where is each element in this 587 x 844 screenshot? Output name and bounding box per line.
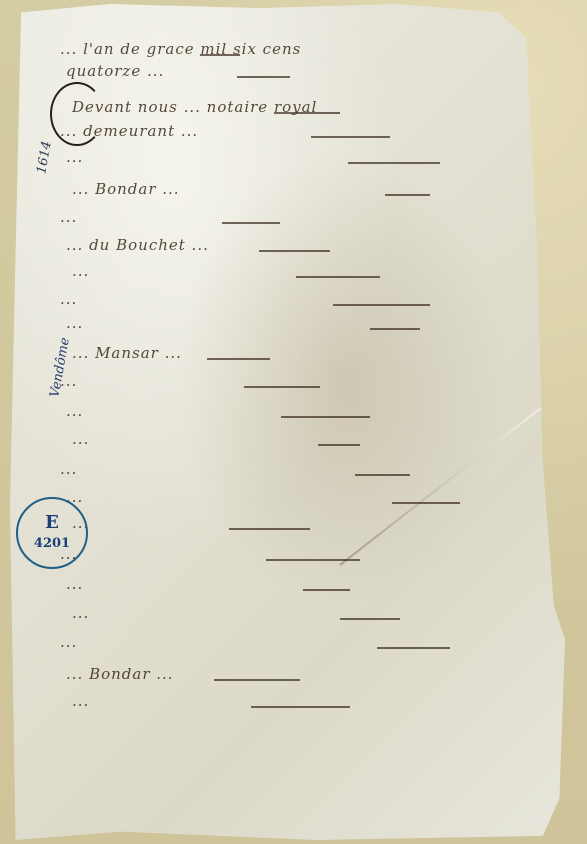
manuscript-line: ... — [66, 488, 537, 510]
ink-stroke — [207, 358, 270, 360]
manuscript-line: ... du Bouchet ... — [66, 236, 537, 258]
ink-stroke — [259, 250, 330, 252]
stamp-number: 4201 — [34, 536, 70, 552]
manuscript-line: ... — [60, 633, 537, 655]
ink-stroke — [333, 304, 430, 306]
ink-stroke — [340, 618, 400, 620]
manuscript-line: ... Bondar ... — [66, 665, 537, 687]
ink-stroke — [348, 162, 440, 164]
manuscript-line: ... Mansar ... — [72, 344, 537, 366]
ink-stroke — [222, 222, 280, 224]
manuscript-line: ... — [60, 460, 537, 482]
ink-stroke — [214, 679, 300, 681]
ink-stroke — [200, 54, 240, 56]
ink-stroke — [355, 474, 410, 476]
manuscript-line: quatorze ... — [66, 62, 537, 84]
ink-stroke — [281, 416, 370, 418]
ink-stroke — [274, 112, 340, 114]
ink-stroke — [377, 647, 450, 649]
manuscript-line: ... — [66, 314, 537, 336]
stamp-letter: E — [45, 514, 59, 532]
manuscript-line: ... — [66, 402, 537, 424]
manuscript-line: ... Bondar ... — [72, 180, 537, 202]
ink-stroke — [370, 328, 420, 330]
manuscript-line: ... — [60, 290, 537, 312]
ink-stroke — [251, 706, 350, 708]
ink-stroke — [229, 528, 310, 530]
manuscript-line: ... — [66, 148, 537, 170]
ink-stroke — [318, 444, 360, 446]
manuscript-line: ... l'an de grace mil six cens — [60, 40, 537, 62]
ink-stroke — [296, 276, 380, 278]
archive-stamp: E 4201 — [16, 497, 88, 569]
ink-stroke — [311, 136, 390, 138]
manuscript-line: ... demeurant ... — [60, 122, 537, 144]
manuscript-line: ... — [72, 514, 537, 536]
manuscript-line: ... — [72, 604, 537, 626]
manuscript-line: ... — [72, 430, 537, 452]
paper-fold — [339, 404, 545, 566]
manuscript-line: ... — [60, 545, 537, 567]
manuscript-line: Devant nous ... notaire royal — [72, 98, 537, 120]
ink-stroke — [385, 194, 430, 196]
ink-stroke — [244, 386, 320, 388]
ink-stroke — [237, 76, 290, 78]
manuscript-line: ... — [72, 692, 537, 714]
ink-stroke — [303, 589, 350, 591]
manuscript-line: ... — [66, 575, 537, 597]
ink-stroke — [392, 502, 460, 504]
manuscript-line: ... — [60, 208, 537, 230]
manuscript-line: ... — [60, 372, 537, 394]
ink-stroke — [266, 559, 360, 561]
manuscript-line: ... — [72, 262, 537, 284]
